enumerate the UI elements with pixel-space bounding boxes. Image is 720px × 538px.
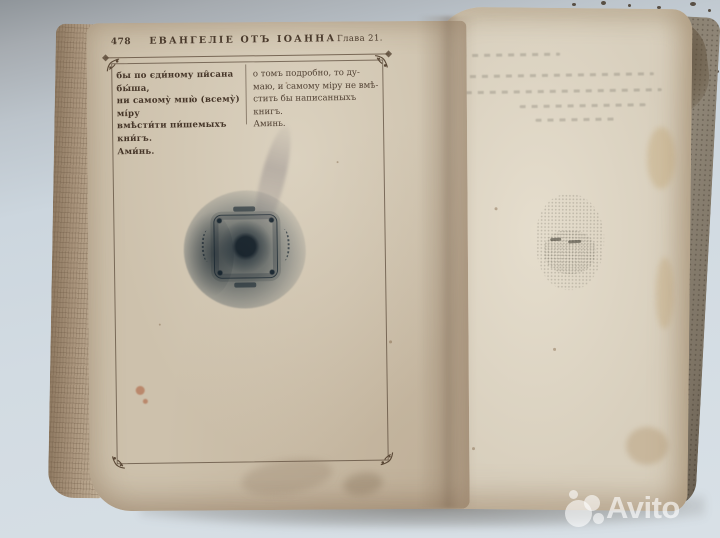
text-line: бы по єди́ному пи̑сана бы́ша, (116, 68, 245, 95)
brown-smear (342, 470, 385, 498)
stamp-offset-ghost (536, 194, 605, 291)
avito-logo-circle (593, 513, 604, 524)
stamp-ornament (234, 282, 256, 287)
text-columns: бы по єди́ному пи̑сана бы́ша, ни самому̀… (113, 67, 382, 159)
foxing-dot (553, 348, 556, 351)
red-stain (136, 386, 145, 395)
dirt-speck (572, 3, 576, 6)
corner-ornament-icon (111, 454, 127, 470)
stain (647, 127, 676, 189)
left-page: 478 ЕВАНГЕЛІЕ ОТЪ ІОАННА Глава 21. бы по… (86, 21, 469, 512)
dirt-speck (690, 2, 696, 6)
header-rule (105, 53, 389, 58)
ghost-mark (550, 238, 561, 242)
foxing-dot (285, 82, 287, 84)
russian-column: о томъ подробно, то ду- маю, и самому мі… (245, 67, 383, 157)
dirt-speck (601, 1, 606, 5)
text-line: ни самому̀ мню̀ (всему̀) мі́ру (117, 94, 246, 121)
page-header: 478 ЕВАНГЕЛІЕ ОТЪ ІОАННА Глава 21. (111, 33, 383, 48)
avito-logo-circle (569, 490, 578, 499)
listing-photo: 478 ЕВАНГЕЛІЕ ОТЪ ІОАННА Глава 21. бы по… (0, 0, 720, 538)
right-page (431, 7, 692, 512)
printed-area: 478 ЕВАНГЕЛІЕ ОТЪ ІОАННА Глава 21. бы по… (85, 19, 472, 512)
dirt-speck (708, 9, 711, 12)
show-through-writing (446, 72, 654, 78)
stamp-ornament (233, 206, 255, 211)
stain (626, 427, 668, 465)
page-number: 478 (111, 37, 149, 48)
show-through-writing (535, 117, 619, 121)
text-line: вмѣсти́ти пи́шемыхъ кни́гъ. (117, 119, 246, 146)
stain (655, 257, 674, 329)
church-slavonic-column: бы по єди́ному пи̑сана бы́ша, ни самому̀… (113, 68, 246, 158)
show-through-writing (520, 103, 646, 108)
text-line: стить бы написанныхъ книгъ. (253, 92, 382, 119)
text-line: Аминь. (253, 117, 382, 131)
text-line: маю, и самому міру не вмѣ- (253, 79, 382, 93)
chapter-label: Глава 21. (337, 34, 383, 45)
foxing-dot (337, 161, 339, 163)
watermark-label: Avito (606, 490, 680, 526)
library-ink-stamp (183, 190, 307, 310)
foxing-dot (472, 447, 475, 450)
foxing-dot (389, 340, 392, 343)
dirt-speck (628, 4, 631, 7)
avito-logo-circle (584, 495, 600, 511)
red-stain (143, 399, 148, 404)
foxing-dot (159, 324, 161, 326)
ghost-dot-texture (544, 230, 596, 275)
running-title: ЕВАНГЕЛІЕ ОТЪ ІОАННА (149, 33, 337, 47)
show-through-writing (442, 88, 662, 94)
show-through-writing (460, 53, 560, 58)
corner-ornament-icon (379, 450, 395, 466)
foxing-dot (495, 207, 498, 210)
text-line: Ами́нь. (117, 144, 246, 158)
foxing-dot (126, 114, 128, 116)
